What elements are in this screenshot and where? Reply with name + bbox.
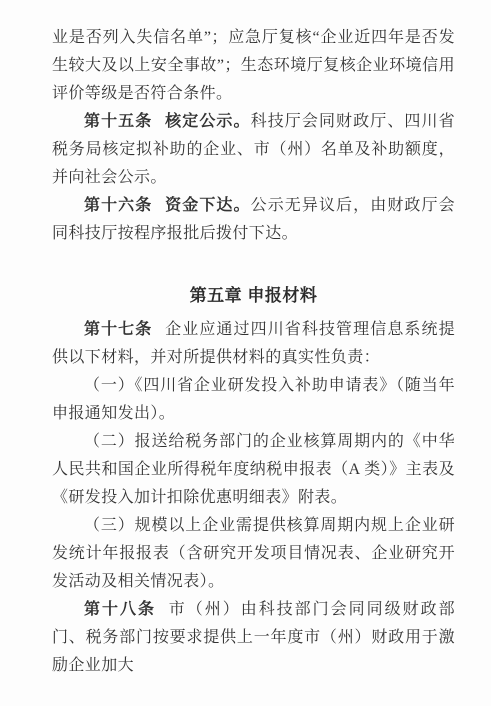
article-16-title: 资金下达。 bbox=[165, 197, 250, 214]
list-item-1-paragraph: （一）《四川省企业研发投入补助申请表》（随当年申报通知发出）。 bbox=[52, 372, 455, 428]
paragraph-text: （一）《四川省企业研发投入补助申请表》（随当年申报通知发出）。 bbox=[52, 377, 455, 422]
article-18-paragraph: 第十八条市（州）由科技部门会同同级财政部门、税务部门按要求提供上一年度市（州）财… bbox=[52, 596, 455, 680]
paragraph-text: （二）报送给税务部门的企业核算周期内的《中华人民共和国企业所得税年度纳税申报表（… bbox=[52, 433, 455, 506]
article-16-paragraph: 第十六条资金下达。公示无异议后，由财政厅会同科技厅按程序报批后拨付下达。 bbox=[52, 192, 455, 248]
list-item-2-paragraph: （二）报送给税务部门的企业核算周期内的《中华人民共和国企业所得税年度纳税申报表（… bbox=[52, 428, 455, 512]
document-page: 业是否列入失信名单”；应急厅复核“企业近四年是否发生较大及以上安全事故”；生态环… bbox=[0, 0, 491, 706]
article-16-number: 第十六条 bbox=[84, 197, 152, 214]
list-item-3-paragraph: （三）规模以上企业需提供核算周期内规上企业研发统计年报报表（含研究开发项目情况表… bbox=[52, 512, 455, 596]
article-15-paragraph: 第十五条核定公示。科技厅会同财政厅、四川省税务局核定拟补助的企业、市（州）名单及… bbox=[52, 108, 455, 192]
article-17-number: 第十七条 bbox=[84, 321, 152, 338]
article-17-paragraph: 第十七条企业应通过四川省科技管理信息系统提供以下材料，并对所提供材料的真实性负责… bbox=[52, 316, 455, 372]
article-18-number: 第十八条 bbox=[84, 601, 156, 618]
article-15-number: 第十五条 bbox=[84, 113, 152, 130]
paragraph-text: 业是否列入失信名单”；应急厅复核“企业近四年是否发生较大及以上安全事故”；生态环… bbox=[52, 29, 455, 102]
chapter-heading: 第五章 申报材料 bbox=[52, 282, 455, 310]
paragraph-text: （三）规模以上企业需提供核算周期内规上企业研发统计年报报表（含研究开发项目情况表… bbox=[52, 517, 455, 590]
paragraph-continuation: 业是否列入失信名单”；应急厅复核“企业近四年是否发生较大及以上安全事故”；生态环… bbox=[52, 24, 455, 108]
article-15-title: 核定公示。 bbox=[165, 113, 250, 130]
